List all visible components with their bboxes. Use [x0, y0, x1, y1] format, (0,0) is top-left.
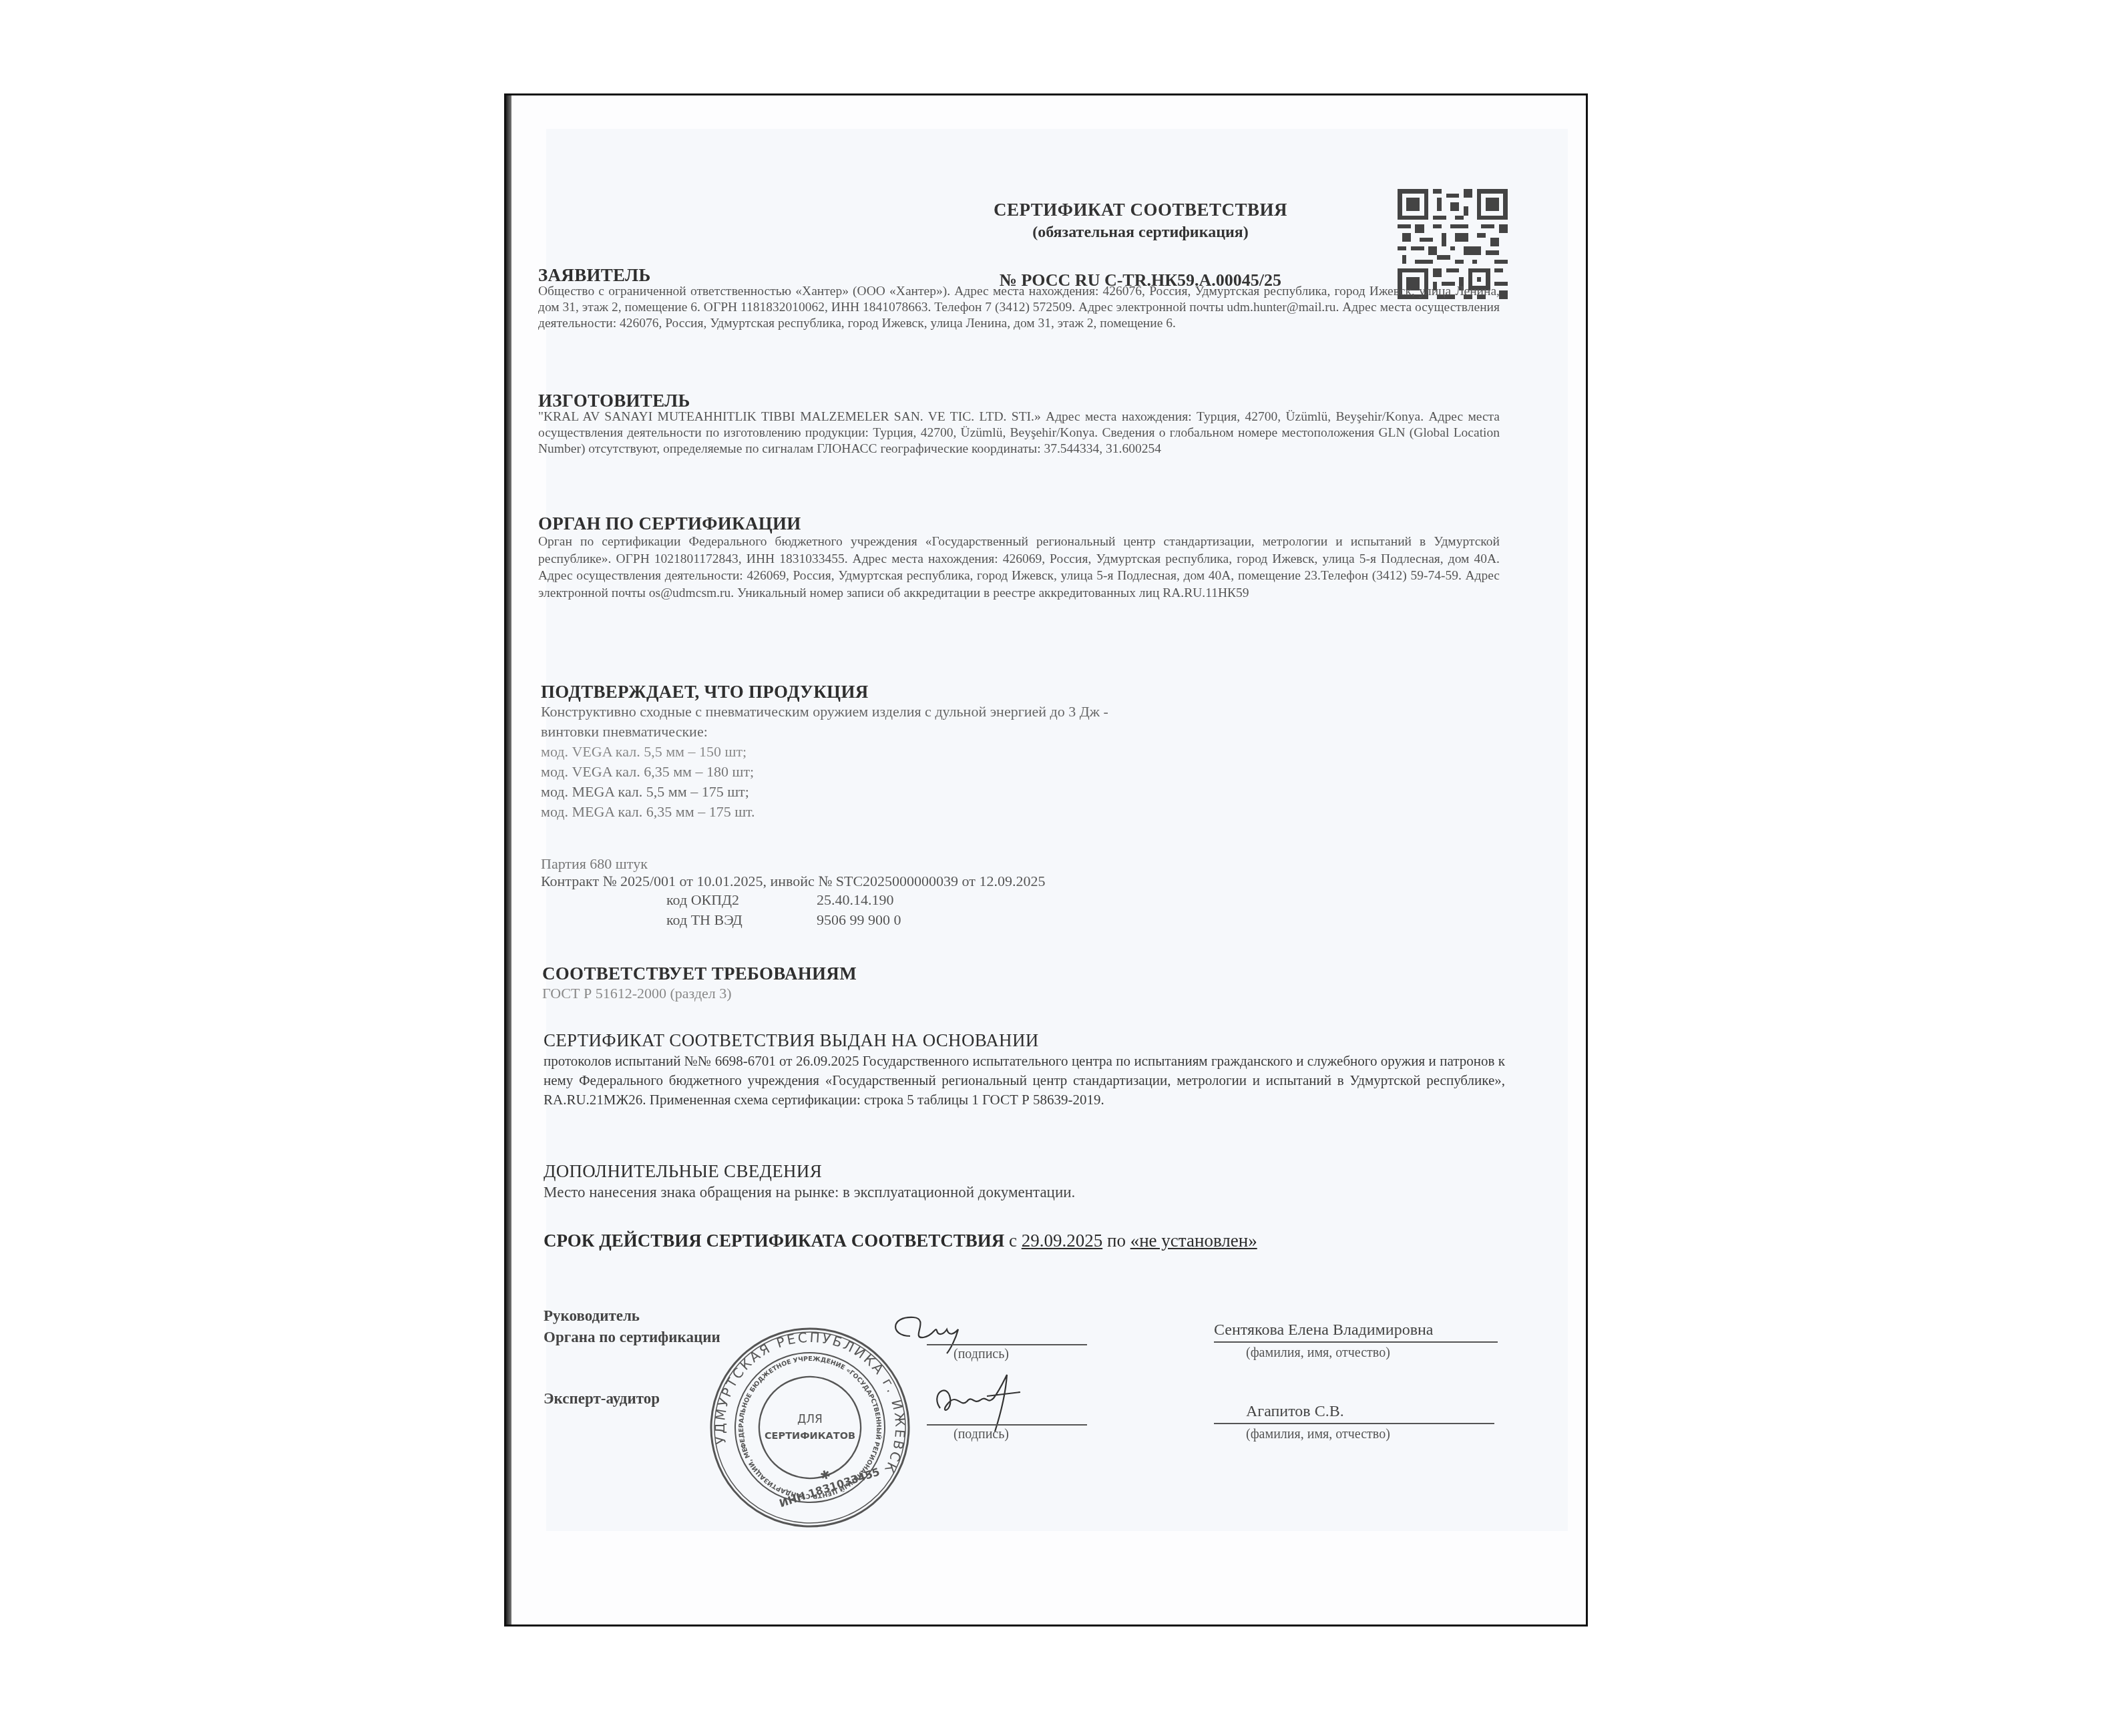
- product-line: мод. VEGA кал. 6,35 мм – 180 шт;: [541, 762, 1108, 782]
- head-label: Руководитель Органа по сертификации: [544, 1305, 720, 1348]
- code-value-okpd2: 25.40.14.190: [817, 890, 901, 910]
- manufacturer-text: "KRAL AV SANAYI MUTEAHHITLIK TIBBI MALZE…: [538, 409, 1500, 457]
- svg-text:✱: ✱: [819, 1467, 833, 1484]
- validity-from-date: 29.09.2025: [1022, 1231, 1103, 1251]
- head-name-line: [1214, 1341, 1498, 1343]
- scan-area: СЕРТИФИКАТ СООТВЕТСТВИЯ (обязательная се…: [546, 129, 1568, 1531]
- manufacturer-heading: ИЗГОТОВИТЕЛЬ: [538, 391, 690, 411]
- validity-from-word: с: [1009, 1231, 1017, 1251]
- expert-signature-caption: (подпись): [954, 1427, 1009, 1442]
- document-subtitle: (обязательная сертификация): [907, 224, 1374, 242]
- official-stamp-icon: УДМУРТСКАЯ РЕСПУБЛИКА г. ИЖЕВСК ФЕДЕРАЛЬ…: [706, 1324, 913, 1531]
- code-label-okpd2: код ОКПД2: [666, 890, 817, 910]
- head-name: Сентякова Елена Владимировна: [1214, 1321, 1433, 1339]
- product-line: винтовки пневматические:: [541, 722, 1108, 742]
- head-label-line-2: Органа по сертификации: [544, 1327, 720, 1348]
- document-title: СЕРТИФИКАТ СООТВЕТСТВИЯ: [907, 200, 1374, 220]
- product-heading: ПОДТВЕРЖДАЕТ, ЧТО ПРОДУКЦИЯ: [541, 682, 869, 702]
- product-line: мод. VEGA кал. 5,5 мм – 150 шт;: [541, 742, 1108, 762]
- qr-code-icon: [1398, 189, 1508, 299]
- product-line: мод. MEGA кал. 6,35 мм – 175 шт.: [541, 802, 1108, 822]
- head-signature-caption: (подпись): [954, 1347, 1009, 1362]
- validity-to-word: по: [1107, 1231, 1126, 1251]
- validity-label: СРОК ДЕЙСТВИЯ СЕРТИФИКАТА СООТВЕТСТВИЯ: [544, 1231, 1004, 1251]
- certificate-page: СЕРТИФИКАТ СООТВЕТСТВИЯ (обязательная се…: [504, 93, 1588, 1626]
- additional-heading: ДОПОЛНИТЕЛЬНЫЕ СВЕДЕНИЯ: [544, 1161, 822, 1182]
- compliance-heading: СООТВЕТСТВУЕТ ТРЕБОВАНИЯМ: [542, 963, 857, 984]
- code-value-tnved: 9506 99 900 0: [817, 910, 901, 930]
- validity-line: СРОК ДЕЙСТВИЯ СЕРТИФИКАТА СООТВЕТСТВИЯ с…: [544, 1231, 1257, 1251]
- stamp-center-line-1: ДЛЯ: [797, 1413, 823, 1426]
- head-label-line-1: Руководитель: [544, 1305, 720, 1327]
- product-codes: код ОКПД2 25.40.14.190 код ТН ВЭД 9506 9…: [666, 890, 901, 930]
- head-signature-line: [927, 1344, 1087, 1345]
- code-label-tnved: код ТН ВЭД: [666, 910, 817, 930]
- expert-name-line: [1214, 1423, 1494, 1424]
- applicant-text: Общество с ограниченной ответственностью…: [538, 284, 1500, 332]
- expert-signature-line: [927, 1424, 1087, 1426]
- certification-body-heading: ОРГАН ПО СЕРТИФИКАЦИИ: [538, 513, 801, 534]
- expert-label: Эксперт-аудитор: [544, 1388, 660, 1409]
- stamp-center-line-2: СЕРТИФИКАТОВ: [765, 1431, 855, 1442]
- expert-name: Агапитов С.В.: [1246, 1403, 1344, 1421]
- expert-name-caption: (фамилия, имя, отчество): [1246, 1427, 1390, 1442]
- compliance-standard: ГОСТ Р 51612-2000 (раздел 3): [542, 984, 732, 1004]
- basis-heading: СЕРТИФИКАТ СООТВЕТСТВИЯ ВЫДАН НА ОСНОВАН…: [544, 1030, 1039, 1051]
- product-contract: Контракт № 2025/001 от 10.01.2025, инвой…: [541, 871, 1045, 891]
- validity-to-value: «не установлен»: [1130, 1231, 1257, 1251]
- applicant-heading: ЗАЯВИТЕЛЬ: [538, 265, 651, 286]
- product-list: Конструктивно сходные с пневматическим о…: [541, 702, 1108, 822]
- product-line: мод. MEGA кал. 5,5 мм – 175 шт;: [541, 782, 1108, 802]
- additional-text: Место нанесения знака обращения на рынке…: [544, 1182, 1075, 1203]
- product-line: Конструктивно сходные с пневматическим о…: [541, 702, 1108, 722]
- certification-body-text: Орган по сертификации Федерального бюдже…: [538, 533, 1500, 602]
- head-name-caption: (фамилия, имя, отчество): [1246, 1345, 1390, 1361]
- basis-text: протоколов испытаний №№ 6698-6701 от 26.…: [544, 1052, 1505, 1110]
